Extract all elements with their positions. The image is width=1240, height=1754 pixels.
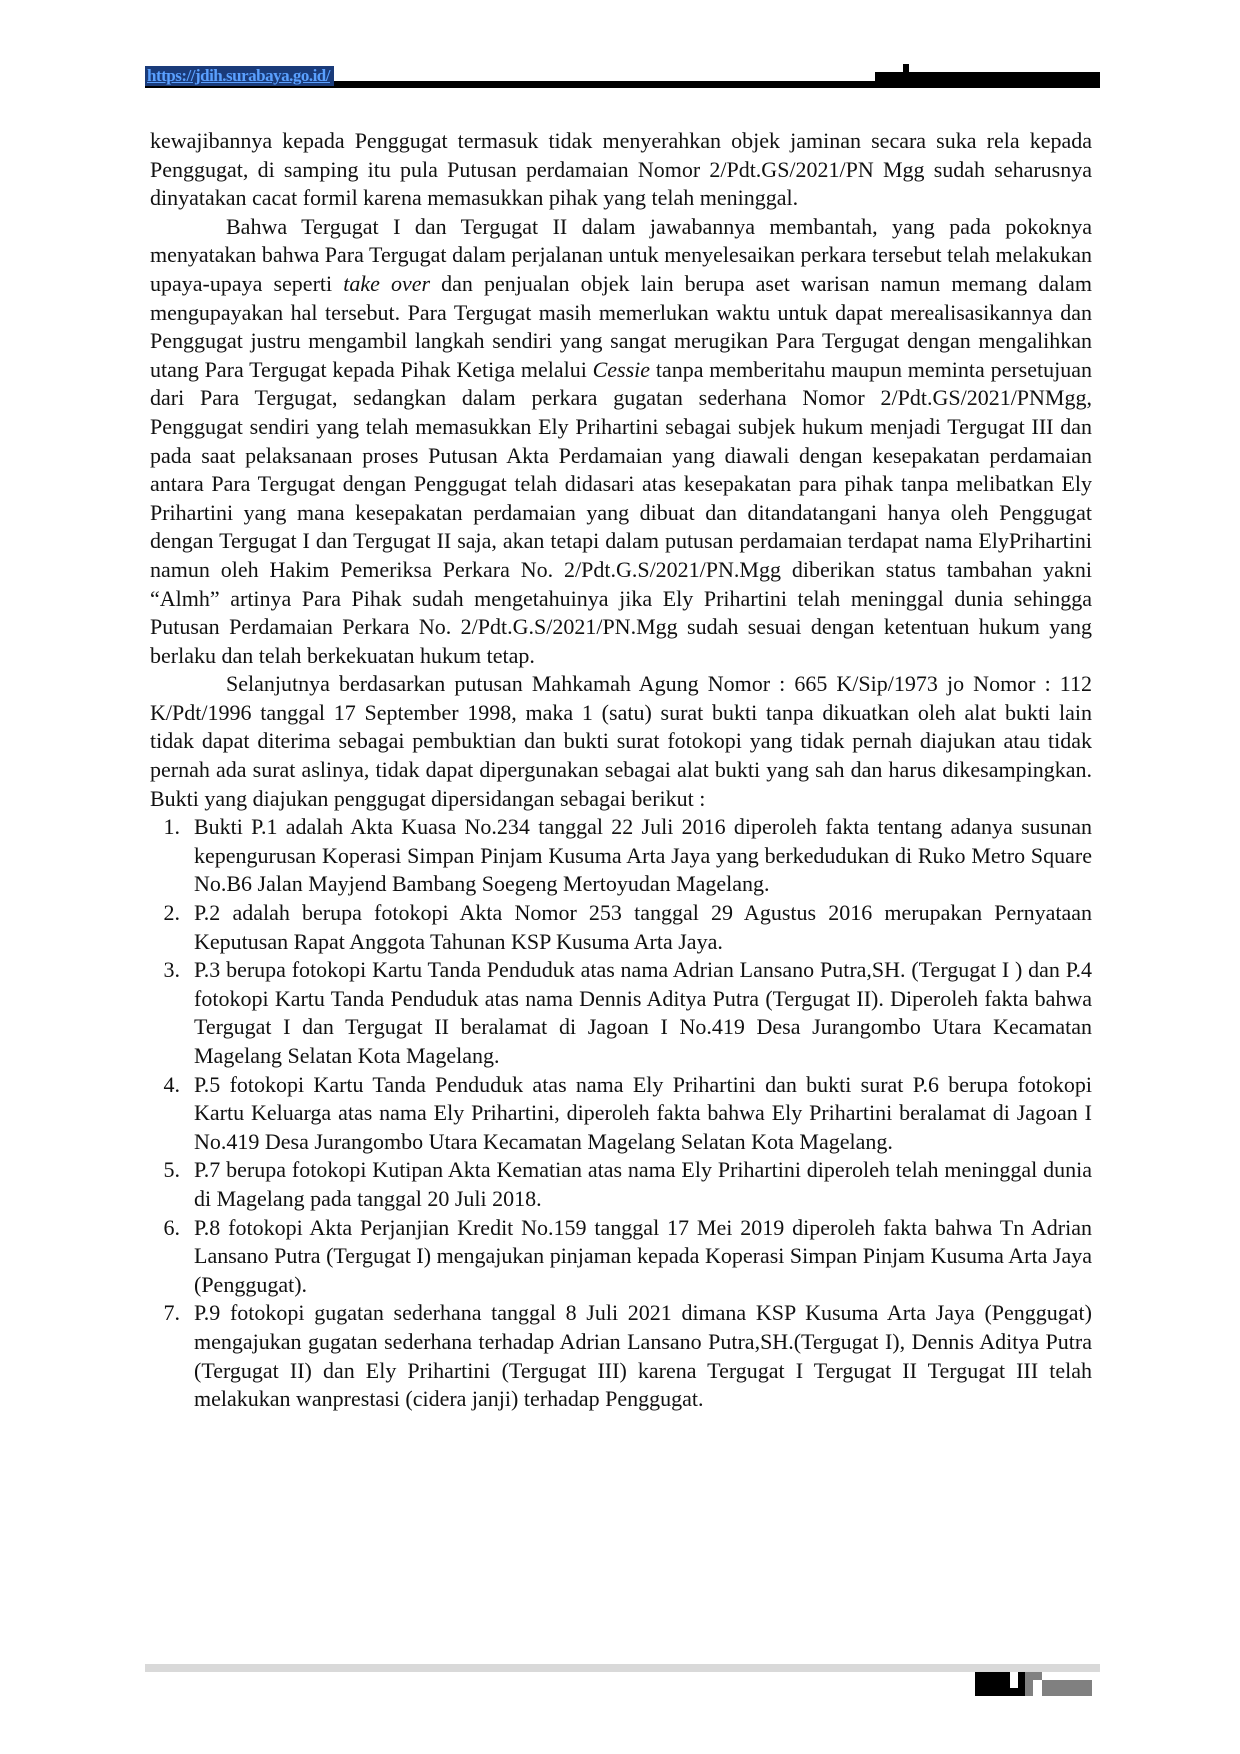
evidence-item: 1.Bukti P.1 adalah Akta Kuasa No.234 tan… (194, 813, 1092, 899)
term-cessie: Cessie (593, 357, 650, 382)
evidence-item: 4.P.5 fotokopi Kartu Tanda Penduduk atas… (194, 1071, 1092, 1157)
footer-page-number-redacted (975, 1672, 1092, 1696)
evidence-item: 3.P.3 berupa fotokopi Kartu Tanda Pendud… (194, 956, 1092, 1070)
evidence-item: 6.P.8 fotokopi Akta Perjanjian Kredit No… (194, 1214, 1092, 1300)
evidence-item: 7.P.9 fotokopi gugatan sederhana tanggal… (194, 1299, 1092, 1413)
paragraph-defendant-response: Bahwa Tergugat I dan Tergugat II dalam j… (150, 213, 1092, 671)
footer-rule (145, 1664, 1100, 1672)
evidence-item: 5.P.7 berupa fotokopi Kutipan Akta Kemat… (194, 1156, 1092, 1213)
term-take-over: take over (343, 271, 430, 296)
paragraph-continuation: kewajibannya kepada Penggugat termasuk t… (150, 127, 1092, 213)
page-header: https://jdih.surabaya.go.id/ (145, 60, 1100, 88)
header-journal-link[interactable]: https://jdih.surabaya.go.id/ (145, 66, 334, 86)
header-journal-title-redacted (875, 72, 1100, 86)
document-page: https://jdih.surabaya.go.id/ kewajibanny… (0, 0, 1240, 1754)
evidence-item: 2.P.2 adalah berupa fotokopi Akta Nomor … (194, 899, 1092, 956)
document-body: kewajibannya kepada Penggugat termasuk t… (150, 127, 1092, 1414)
paragraph-supreme-court: Selanjutnya berdasarkan putusan Mahkamah… (150, 670, 1092, 813)
evidence-list: 1.Bukti P.1 adalah Akta Kuasa No.234 tan… (150, 813, 1092, 1413)
